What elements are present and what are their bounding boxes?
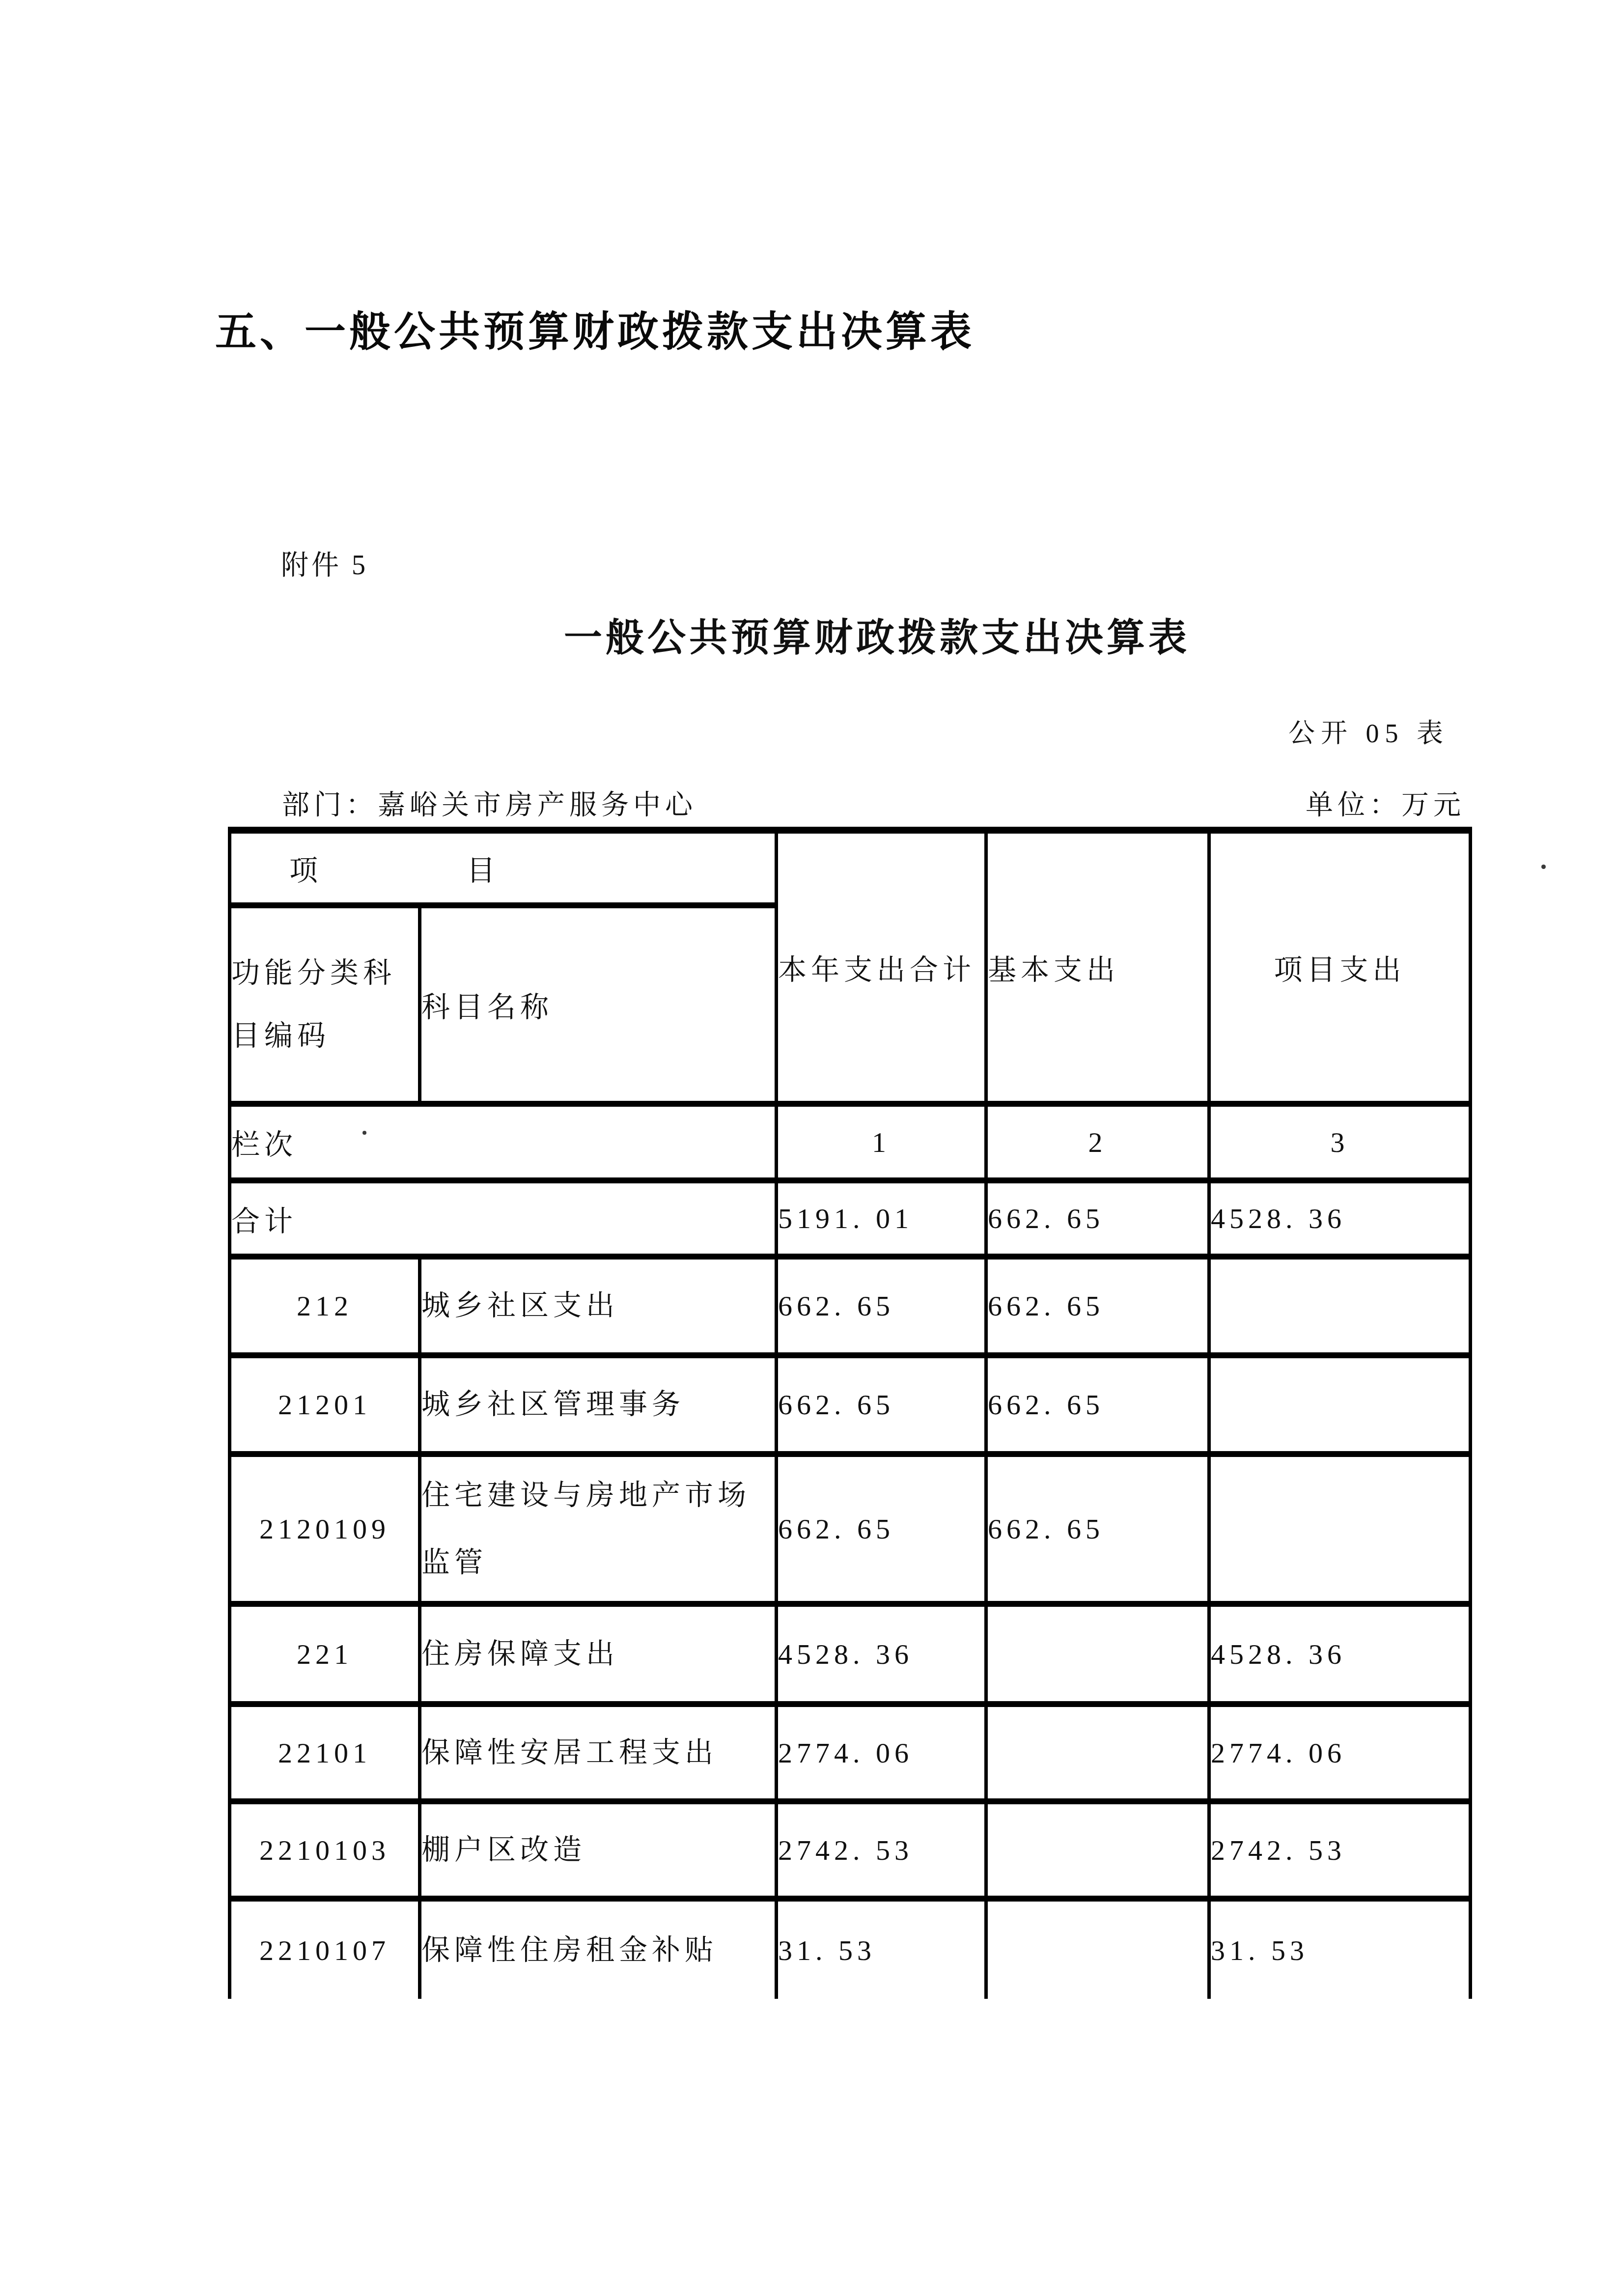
header-cell-item: 项 目 [230,830,777,905]
row-total: 2774. 06 [777,1704,986,1801]
header-cell-subject-name: 科目名称 [420,905,777,1104]
total-label-cell: 合计 [230,1180,777,1257]
table-row: 2210107 保障性住房租金补贴 31. 53 31. 53 [230,1899,1471,1999]
row-code: 221 [230,1604,420,1704]
row-project: 4528. 36 [1209,1604,1471,1704]
row-basic: 662. 65 [986,1257,1209,1355]
scanned-document-page: 五、一般公共预算财政拨款支出决算表 附件 5 一般公共预算财政拨款支出决算表 公… [0,0,1616,2296]
row-name: 城乡社区支出 [420,1257,777,1355]
table-title: 一般公共预算财政拨款支出决算表 [564,607,1190,662]
row-name: 棚户区改造 [420,1801,777,1899]
row-total: 662. 65 [777,1454,986,1604]
row-code: 212 [230,1257,420,1355]
column-number-3: 3 [1209,1104,1471,1180]
row-code: 22101 [230,1704,420,1801]
row-project: 2742. 53 [1209,1801,1471,1899]
row-name: 保障性住房租金补贴 [420,1899,777,1999]
table-row: 22101 保障性安居工程支出 2774. 06 2774. 06 [230,1704,1471,1801]
row-name: 保障性安居工程支出 [420,1704,777,1801]
header-row-item: 项 目 本年支出合计 基本支出 项目支出 [230,830,1471,905]
row-project [1209,1454,1471,1604]
scan-speck [362,1131,366,1135]
total-value-basic: 662. 65 [986,1180,1209,1257]
expenditure-table: 项 目 本年支出合计 基本支出 项目支出 功能分类科 目编码 科目名称 栏次 1… [228,827,1472,1999]
row-total: 662. 65 [777,1355,986,1454]
column-index-row: 栏次 1 2 3 [230,1104,1471,1180]
row-code: 2210107 [230,1899,420,1999]
row-name: 住宅建设与房地产市场 监管 [420,1454,777,1604]
total-row: 合计 5191. 01 662. 65 4528. 36 [230,1180,1471,1257]
table-row: 21201 城乡社区管理事务 662. 65 662. 65 [230,1355,1471,1454]
table-row: 221 住房保障支出 4528. 36 4528. 36 [230,1604,1471,1704]
item-label-left: 项 [289,847,322,889]
total-value-total: 5191. 01 [777,1180,986,1257]
header-cell-total: 本年支出合计 [777,830,986,1104]
row-project [1209,1355,1471,1454]
row-name: 城乡社区管理事务 [420,1355,777,1454]
header-cell-basic: 基本支出 [986,830,1209,1104]
header-cell-func-code: 功能分类科 目编码 [230,905,420,1104]
row-total: 662. 65 [777,1257,986,1355]
header-cell-project: 项目支出 [1209,830,1471,1104]
row-basic: 662. 65 [986,1355,1209,1454]
row-project: 31. 53 [1209,1899,1471,1999]
lanci-label-cell: 栏次 [230,1104,777,1180]
section-heading: 五、一般公共预算财政拨款支出决算表 [215,299,975,358]
table-row: 2120109 住宅建设与房地产市场 监管 662. 65 662. 65 [230,1454,1471,1604]
row-total: 4528. 36 [777,1604,986,1704]
row-basic [986,1801,1209,1899]
row-project [1209,1257,1471,1355]
open-table-number: 公开 05 表 [1288,712,1449,750]
row-project: 2774. 06 [1209,1704,1471,1801]
table-row: 212 城乡社区支出 662. 65 662. 65 [230,1257,1471,1355]
row-basic: 662. 65 [986,1454,1209,1604]
row-basic [986,1704,1209,1801]
row-total: 31. 53 [777,1899,986,1999]
total-value-project: 4528. 36 [1209,1180,1471,1257]
item-label-right: 目 [467,847,500,889]
row-code: 21201 [230,1355,420,1454]
row-total: 2742. 53 [777,1801,986,1899]
item-label-wrap: 项 目 [231,847,775,889]
row-basic [986,1604,1209,1704]
row-name: 住房保障支出 [420,1604,777,1704]
row-code: 2210103 [230,1801,420,1899]
scan-speck [1541,865,1546,869]
department-label: 部门：嘉峪关市房产服务中心 [282,783,697,822]
table-row: 2210103 棚户区改造 2742. 53 2742. 53 [230,1801,1471,1899]
column-number-1: 1 [777,1104,986,1180]
row-code: 2120109 [230,1454,420,1604]
row-basic [986,1899,1209,1999]
unit-label: 单位：万元 [1306,783,1465,822]
column-number-2: 2 [986,1104,1209,1180]
attachment-label: 附件 5 [281,543,368,583]
